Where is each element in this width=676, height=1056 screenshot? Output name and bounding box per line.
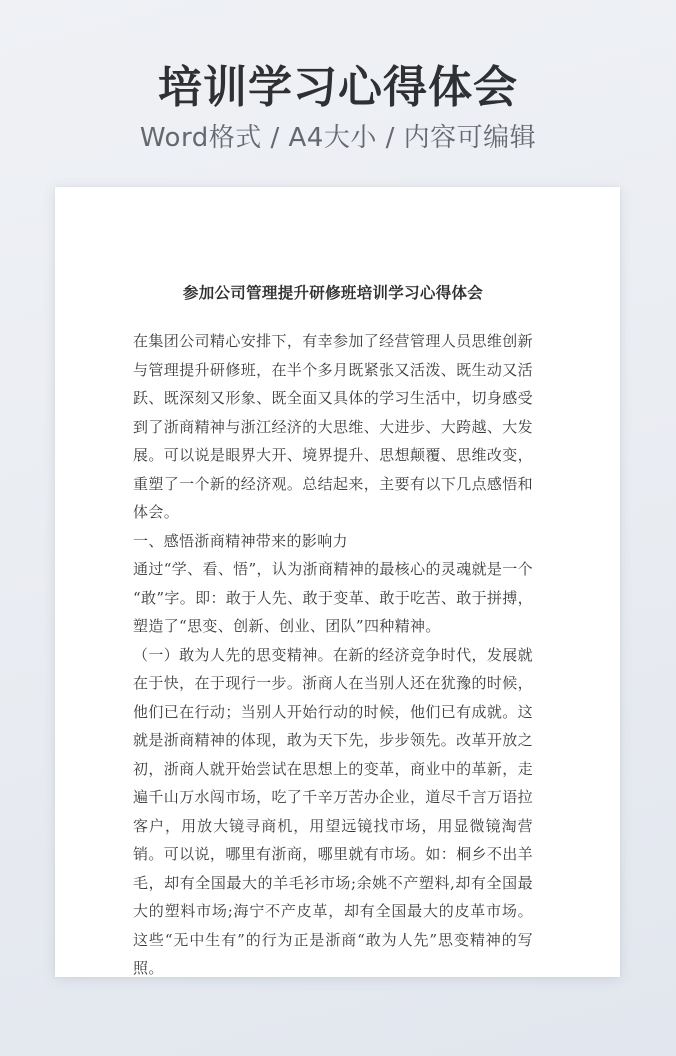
document-page: 参加公司管理提升研修班培训学习心得体会 在集团公司精心安排下，有幸参加了经营管理…	[55, 187, 620, 977]
document-content: 参加公司管理提升研修班培训学习心得体会 在集团公司精心安排下，有幸参加了经营管理…	[133, 187, 533, 983]
preview-header: 培训学习心得体会 Word格式 / A4大小 / 内容可编辑	[0, 0, 676, 187]
document-title: 参加公司管理提升研修班培训学习心得体会	[133, 283, 533, 303]
doc-section-heading: 一、感悟浙商精神带来的影响力	[133, 527, 533, 556]
template-title: 培训学习心得体会	[0, 64, 676, 112]
doc-paragraph-spirit-summary: 通过“学、看、悟”，认为浙商精神的最核心的灵魂就是一个“敢”字。即：敢于人先、敢…	[133, 555, 533, 641]
doc-paragraph-dare-to-be-first: （一）敢为人先的思变精神。在新的经济竞争时代，发展就在于快，在于现行一步。浙商人…	[133, 641, 533, 983]
doc-paragraph-intro: 在集团公司精心安排下，有幸参加了经营管理人员思维创新与管理提升研修班，在半个多月…	[133, 327, 533, 527]
template-format-info: Word格式 / A4大小 / 内容可编辑	[0, 122, 676, 154]
